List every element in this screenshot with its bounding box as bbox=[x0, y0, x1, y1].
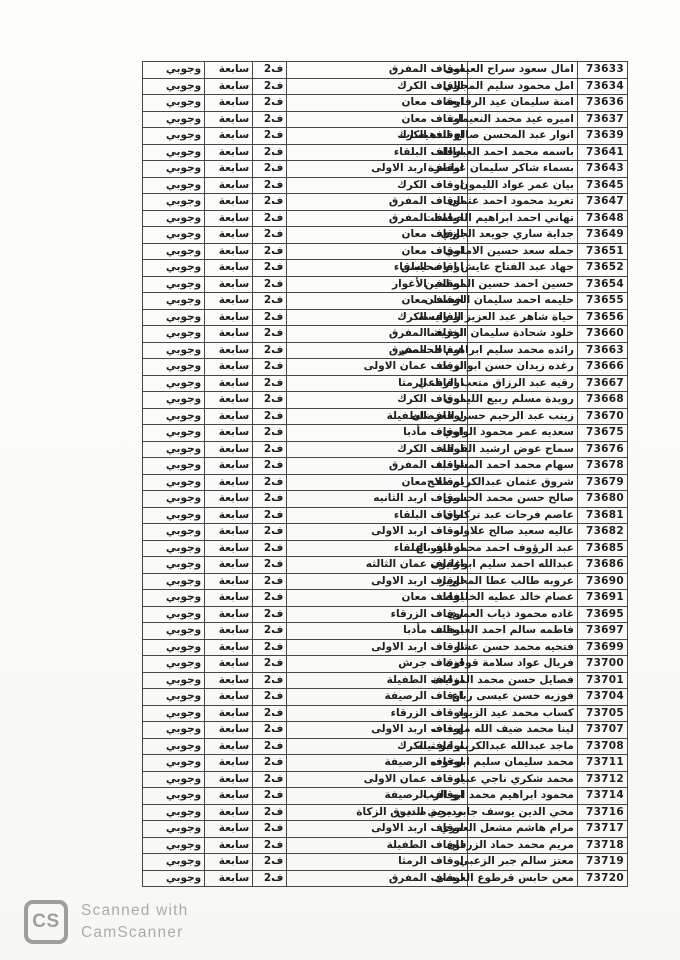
promotion-type-cell: وجوبي bbox=[143, 375, 205, 392]
promotion-type-cell: وجوبي bbox=[143, 441, 205, 458]
directorate-cell: اوقاف اربد الاولى bbox=[287, 722, 467, 739]
category-cell: ف2 bbox=[253, 309, 287, 326]
table-row: 73682 عاليه سعيد صالح علاونه اوقاف اربد … bbox=[143, 524, 628, 541]
directorate-cell: اوقاف اربد الاولى bbox=[287, 524, 467, 541]
directorate-cell: اوقاف مأدبا bbox=[287, 623, 467, 640]
grade-cell: سابعة bbox=[205, 540, 253, 557]
promotion-type-cell: وجوبي bbox=[143, 854, 205, 871]
category-cell: ف2 bbox=[253, 194, 287, 211]
employee-name-cell: محمد شكري ناجي عبيد bbox=[467, 771, 577, 788]
table-row: 73663 رائده محمد سليم ابراهيم الحمصي اوق… bbox=[143, 342, 628, 359]
employee-name-cell: امال سعود سراح العيسى bbox=[467, 62, 577, 79]
employee-name-cell: بسماء شاكر سليمان عياصرة bbox=[467, 161, 577, 178]
table-row: 73675 سعديه عمر محمود الواوي اوقاف مأدبا… bbox=[143, 425, 628, 442]
promotion-type-cell: وجوبي bbox=[143, 210, 205, 227]
table-row: 73717 مرام هاشم مشعل العمري اوقاف اربد ا… bbox=[143, 821, 628, 838]
grade-cell: سابعة bbox=[205, 95, 253, 112]
table-row: 73707 لينا محمد ضيف الله مهيدات اوقاف ار… bbox=[143, 722, 628, 739]
promotion-type-cell: وجوبي bbox=[143, 293, 205, 310]
directorate-cell: اوقاف المفرق bbox=[287, 870, 467, 887]
promotion-type-cell: وجوبي bbox=[143, 672, 205, 689]
employee-number-cell: 73634 bbox=[577, 78, 627, 95]
employee-name-cell: امل محمود سليم المجالي bbox=[467, 78, 577, 95]
employee-name-cell: عبد الرؤوف احمد محمد ابورباع bbox=[467, 540, 577, 557]
watermark-line1: Scanned with bbox=[81, 900, 188, 922]
table-row: 73712 محمد شكري ناجي عبيد اوقاف عمان الا… bbox=[143, 771, 628, 788]
table-row: 73708 ماجد عبدالله عبدالكريم ابو ثيله او… bbox=[143, 738, 628, 755]
table-row: 73660 خلود شحادة سليمان الخريشا اوقاف ال… bbox=[143, 326, 628, 343]
table-row: 73719 معتز سالم جبر الزعبي اوقاف الرمثا … bbox=[143, 854, 628, 871]
category-cell: ف2 bbox=[253, 95, 287, 112]
grade-cell: سابعة bbox=[205, 590, 253, 607]
scanned-page: 73633 امال سعود سراح العيسى اوقاف المفرق… bbox=[0, 0, 680, 960]
directorate-cell: اوقاف عمان الاولى bbox=[287, 771, 467, 788]
grade-cell: سابعة bbox=[205, 837, 253, 854]
grade-cell: سابعة bbox=[205, 227, 253, 244]
table-row: 73701 فصايل حسن محمد المزايدة اوقاف الطف… bbox=[143, 672, 628, 689]
directorate-cell: اوقاف معان bbox=[287, 227, 467, 244]
employee-name-cell: محي الدين يوسف جابر محي الدين bbox=[467, 804, 577, 821]
category-cell: ف2 bbox=[253, 705, 287, 722]
employee-name-cell: جهاد عبد الفتاح عايش ابو محيسن bbox=[467, 260, 577, 277]
employee-name-cell: رويدة مسلم ربيع الليمون bbox=[467, 392, 577, 409]
employee-number-cell: 73695 bbox=[577, 606, 627, 623]
employee-name-cell: فاطمه سالم احمد العبيدات bbox=[467, 623, 577, 640]
promotion-type-cell: وجوبي bbox=[143, 62, 205, 79]
employee-number-cell: 73655 bbox=[577, 293, 627, 310]
category-cell: ف2 bbox=[253, 557, 287, 574]
employee-name-cell: تهاني احمد ابراهيم الحباصات bbox=[467, 210, 577, 227]
table-row: 73678 سهام محمد احمد المشاقبة اوقاف المف… bbox=[143, 458, 628, 475]
promotion-type-cell: وجوبي bbox=[143, 491, 205, 508]
employee-name-cell: سعديه عمر محمود الواوي bbox=[467, 425, 577, 442]
category-cell: ف2 bbox=[253, 639, 287, 656]
directorate-cell: اوقاف معان bbox=[287, 243, 467, 260]
category-cell: ف2 bbox=[253, 854, 287, 871]
category-cell: ف2 bbox=[253, 276, 287, 293]
directorate-cell: اوقاف معان bbox=[287, 293, 467, 310]
promotion-type-cell: وجوبي bbox=[143, 573, 205, 590]
grade-cell: سابعة bbox=[205, 474, 253, 491]
directorate-cell: اوقاف اربد الاولى bbox=[287, 573, 467, 590]
employee-number-cell: 73712 bbox=[577, 771, 627, 788]
employee-number-cell: 73633 bbox=[577, 62, 627, 79]
directorate-cell: اوقاف المفرق bbox=[287, 342, 467, 359]
promotion-type-cell: وجوبي bbox=[143, 722, 205, 739]
category-cell: ف2 bbox=[253, 656, 287, 673]
employee-name-cell: باسمه محمد احمد العبدالله bbox=[467, 144, 577, 161]
employee-name-cell: معن حابس قرطوع العيسى bbox=[467, 870, 577, 887]
employee-number-cell: 73690 bbox=[577, 573, 627, 590]
employee-number-cell: 73651 bbox=[577, 243, 627, 260]
promotion-type-cell: وجوبي bbox=[143, 144, 205, 161]
promotion-type-cell: وجوبي bbox=[143, 111, 205, 128]
directorate-cell: اوقاف الرمثا bbox=[287, 854, 467, 871]
category-cell: ف2 bbox=[253, 722, 287, 739]
directorate-cell: اوقاف اربد الاولى bbox=[287, 161, 467, 178]
employee-number-cell: 73707 bbox=[577, 722, 627, 739]
category-cell: ف2 bbox=[253, 62, 287, 79]
table-row: 73705 كساب محمد عيد الزيود اوقاف الزرقاء… bbox=[143, 705, 628, 722]
category-cell: ف2 bbox=[253, 524, 287, 541]
promotion-type-cell: وجوبي bbox=[143, 276, 205, 293]
grade-cell: سابعة bbox=[205, 326, 253, 343]
employee-number-cell: 73685 bbox=[577, 540, 627, 557]
promotion-type-cell: وجوبي bbox=[143, 128, 205, 145]
table-row: 73676 سماح عوض ارشيد القرالة اوقاف الكرك… bbox=[143, 441, 628, 458]
table-row: 73654 حسين احمد حسين المصلمين اوقاف الأغ… bbox=[143, 276, 628, 293]
directorate-cell: اوقاف المفرق bbox=[287, 210, 467, 227]
grade-cell: سابعة bbox=[205, 606, 253, 623]
employee-number-cell: 73705 bbox=[577, 705, 627, 722]
directorate-cell: اوقاف الأغوار bbox=[287, 276, 467, 293]
grade-cell: سابعة bbox=[205, 342, 253, 359]
employee-name-cell: حياة شاهر عبد العزيز النوايسة bbox=[467, 309, 577, 326]
grade-cell: سابعة bbox=[205, 573, 253, 590]
category-cell: ف2 bbox=[253, 210, 287, 227]
table-row: 73670 زينب عبد الرحيم حسن العرضان اوقاف … bbox=[143, 408, 628, 425]
promotion-type-cell: وجوبي bbox=[143, 342, 205, 359]
grade-cell: سابعة bbox=[205, 78, 253, 95]
employee-name-cell: حسين احمد حسين المصلمين bbox=[467, 276, 577, 293]
promotion-type-cell: وجوبي bbox=[143, 656, 205, 673]
camscanner-logo-text: CS bbox=[32, 911, 59, 933]
table-row: 73695 غاده محمود ذياب العمري اوقاف الزرق… bbox=[143, 606, 628, 623]
grade-cell: سابعة bbox=[205, 177, 253, 194]
promotion-type-cell: وجوبي bbox=[143, 177, 205, 194]
directorate-cell: اوقاف البلقاء bbox=[287, 260, 467, 277]
employee-number-cell: 73643 bbox=[577, 161, 627, 178]
employee-number-cell: 73681 bbox=[577, 507, 627, 524]
directorate-cell: اوقاف الزرقاء bbox=[287, 705, 467, 722]
category-cell: ف2 bbox=[253, 507, 287, 524]
table-row: 73697 فاطمه سالم احمد العبيدات اوقاف مأد… bbox=[143, 623, 628, 640]
promotion-type-cell: وجوبي bbox=[143, 606, 205, 623]
table-row: 73700 فريال عواد سلامة قوقزة اوقاف جرش ف… bbox=[143, 656, 628, 673]
table-row: 73655 حليمه احمد سليمان الخشمان اوقاف مع… bbox=[143, 293, 628, 310]
directorate-cell: اوقاف معان bbox=[287, 111, 467, 128]
employee-number-cell: 73717 bbox=[577, 821, 627, 838]
grade-cell: سابعة bbox=[205, 689, 253, 706]
category-cell: ف2 bbox=[253, 375, 287, 392]
directorate-cell: اوقاف المفرق bbox=[287, 458, 467, 475]
directorate-cell: اوقاف البلقاء bbox=[287, 507, 467, 524]
watermark-text: Scanned with CamScanner bbox=[81, 900, 188, 944]
table-row: 73656 حياة شاهر عبد العزيز النوايسة اوقا… bbox=[143, 309, 628, 326]
employee-number-cell: 73680 bbox=[577, 491, 627, 508]
category-cell: ف2 bbox=[253, 821, 287, 838]
employee-number-cell: 73719 bbox=[577, 854, 627, 871]
table-row: 73652 جهاد عبد الفتاح عايش ابو محيسن اوق… bbox=[143, 260, 628, 277]
grade-cell: سابعة bbox=[205, 260, 253, 277]
promotion-type-cell: وجوبي bbox=[143, 507, 205, 524]
category-cell: ف2 bbox=[253, 672, 287, 689]
category-cell: ف2 bbox=[253, 392, 287, 409]
grade-cell: سابعة bbox=[205, 491, 253, 508]
promotion-type-cell: وجوبي bbox=[143, 194, 205, 211]
directorate-cell: اوقاف الكرك bbox=[287, 441, 467, 458]
category-cell: ف2 bbox=[253, 606, 287, 623]
table-row: 73636 امنة سليمان عيد الرفايعة اوقاف معا… bbox=[143, 95, 628, 112]
employee-name-cell: لينا محمد ضيف الله مهيدات bbox=[467, 722, 577, 739]
directorate-cell: اوقاف المفرق bbox=[287, 62, 467, 79]
grade-cell: سابعة bbox=[205, 128, 253, 145]
promotion-type-cell: وجوبي bbox=[143, 227, 205, 244]
employee-number-cell: 73641 bbox=[577, 144, 627, 161]
employee-name-cell: محمود ابراهيم محمد ابو الرب bbox=[467, 788, 577, 805]
directorate-cell: اوقاف اربد الاولى bbox=[287, 821, 467, 838]
grade-cell: سابعة bbox=[205, 276, 253, 293]
employee-number-cell: 73679 bbox=[577, 474, 627, 491]
employee-name-cell: عروبه طالب عطا المخاريز bbox=[467, 573, 577, 590]
promotion-type-cell: وجوبي bbox=[143, 161, 205, 178]
promotion-type-cell: وجوبي bbox=[143, 689, 205, 706]
grade-cell: سابعة bbox=[205, 557, 253, 574]
grade-cell: سابعة bbox=[205, 161, 253, 178]
table-row: 73714 محمود ابراهيم محمد ابو الرب اوقاف … bbox=[143, 788, 628, 805]
category-cell: ف2 bbox=[253, 359, 287, 376]
employee-number-cell: 73639 bbox=[577, 128, 627, 145]
table-row: 73668 رويدة مسلم ربيع الليمون اوقاف الكر… bbox=[143, 392, 628, 409]
promotion-type-cell: وجوبي bbox=[143, 771, 205, 788]
table-row: 73679 شروق عثمان عبدالكريم ملاح اوقاف مع… bbox=[143, 474, 628, 491]
grade-cell: سابعة bbox=[205, 62, 253, 79]
promotion-type-cell: وجوبي bbox=[143, 524, 205, 541]
grade-cell: سابعة bbox=[205, 293, 253, 310]
directorate-cell: اوقاف الكرك bbox=[287, 392, 467, 409]
camscanner-watermark: CS Scanned with CamScanner bbox=[24, 900, 188, 944]
promotion-type-cell: وجوبي bbox=[143, 557, 205, 574]
employee-name-cell: مرام هاشم مشعل العمري bbox=[467, 821, 577, 838]
grade-cell: سابعة bbox=[205, 243, 253, 260]
category-cell: ف2 bbox=[253, 540, 287, 557]
grade-cell: سابعة bbox=[205, 738, 253, 755]
directorate-cell: اوقاف الطفيلة bbox=[287, 837, 467, 854]
category-cell: ف2 bbox=[253, 342, 287, 359]
grade-cell: سابعة bbox=[205, 788, 253, 805]
grade-cell: سابعة bbox=[205, 375, 253, 392]
employee-name-cell: حليمه احمد سليمان الخشمان bbox=[467, 293, 577, 310]
table-row: 73685 عبد الرؤوف احمد محمد ابورباع اوقاف… bbox=[143, 540, 628, 557]
category-cell: ف2 bbox=[253, 623, 287, 640]
table-row: 73667 رقيه عبد الرزاق متعب الرباعي اوقاف… bbox=[143, 375, 628, 392]
promotion-type-cell: وجوبي bbox=[143, 738, 205, 755]
grade-cell: سابعة bbox=[205, 359, 253, 376]
employee-name-cell: خلود شحادة سليمان الخريشا bbox=[467, 326, 577, 343]
employee-name-cell: جداية ساري جويعد الجازي bbox=[467, 227, 577, 244]
table-row: 73716 محي الدين يوسف جابر محي الدين مدير… bbox=[143, 804, 628, 821]
employee-number-cell: 73636 bbox=[577, 95, 627, 112]
employee-number-cell: 73660 bbox=[577, 326, 627, 343]
employee-name-cell: انوار عبد المحسن صالح الدهيسات bbox=[467, 128, 577, 145]
employee-name-cell: محمد سليمان سليم ابوعوده bbox=[467, 755, 577, 772]
category-cell: ف2 bbox=[253, 161, 287, 178]
directorate-cell: اوقاف اربد الاولى bbox=[287, 639, 467, 656]
employee-name-cell: شروق عثمان عبدالكريم ملاح bbox=[467, 474, 577, 491]
category-cell: ف2 bbox=[253, 78, 287, 95]
directorate-cell: اوقاف معان bbox=[287, 474, 467, 491]
category-cell: ف2 bbox=[253, 144, 287, 161]
category-cell: ف2 bbox=[253, 458, 287, 475]
table-row: 73647 تغريد محمود احمد عثمان اوقاف المفر… bbox=[143, 194, 628, 211]
promotion-type-cell: وجوبي bbox=[143, 243, 205, 260]
table-row: 73649 جداية ساري جويعد الجازي اوقاف معان… bbox=[143, 227, 628, 244]
table-row: 73711 محمد سليمان سليم ابوعوده اوقاف الر… bbox=[143, 755, 628, 772]
employee-name-cell: صالح حسن محمد الحسين bbox=[467, 491, 577, 508]
category-cell: ف2 bbox=[253, 870, 287, 887]
promotion-type-cell: وجوبي bbox=[143, 788, 205, 805]
employee-number-cell: 73708 bbox=[577, 738, 627, 755]
promotion-type-cell: وجوبي bbox=[143, 425, 205, 442]
employee-number-cell: 73701 bbox=[577, 672, 627, 689]
table-row: 73690 عروبه طالب عطا المخاريز اوقاف اربد… bbox=[143, 573, 628, 590]
employee-number-cell: 73648 bbox=[577, 210, 627, 227]
directorate-cell: اوقاف عمان الاولى bbox=[287, 359, 467, 376]
camscanner-logo-icon: CS bbox=[24, 900, 68, 944]
promotion-type-cell: وجوبي bbox=[143, 804, 205, 821]
promotion-type-cell: وجوبي bbox=[143, 837, 205, 854]
table-row: 73633 امال سعود سراح العيسى اوقاف المفرق… bbox=[143, 62, 628, 79]
promotion-type-cell: وجوبي bbox=[143, 309, 205, 326]
grade-cell: سابعة bbox=[205, 656, 253, 673]
grade-cell: سابعة bbox=[205, 705, 253, 722]
directorate-cell: اوقاف المفرق bbox=[287, 326, 467, 343]
employee-number-cell: 73704 bbox=[577, 689, 627, 706]
table-row: 73641 باسمه محمد احمد العبدالله اوقاف ال… bbox=[143, 144, 628, 161]
employee-number-cell: 73667 bbox=[577, 375, 627, 392]
category-cell: ف2 bbox=[253, 326, 287, 343]
category-cell: ف2 bbox=[253, 788, 287, 805]
employee-name-cell: فريال عواد سلامة قوقزة bbox=[467, 656, 577, 673]
promotion-type-cell: وجوبي bbox=[143, 326, 205, 343]
employee-number-cell: 73637 bbox=[577, 111, 627, 128]
employee-name-cell: بيان عمر عواد الليمون bbox=[467, 177, 577, 194]
category-cell: ف2 bbox=[253, 474, 287, 491]
directorate-cell: اوقاف عمان الثالثه bbox=[287, 557, 467, 574]
employee-number-cell: 73654 bbox=[577, 276, 627, 293]
grade-cell: سابعة bbox=[205, 111, 253, 128]
promotion-type-cell: وجوبي bbox=[143, 78, 205, 95]
category-cell: ف2 bbox=[253, 260, 287, 277]
employee-number-cell: 73697 bbox=[577, 623, 627, 640]
grade-cell: سابعة bbox=[205, 441, 253, 458]
grade-cell: سابعة bbox=[205, 870, 253, 887]
grade-cell: سابعة bbox=[205, 392, 253, 409]
table-row: 73645 بيان عمر عواد الليمون اوقاف الكرك … bbox=[143, 177, 628, 194]
directorate-cell: اوقاف الكرك bbox=[287, 309, 467, 326]
employee-number-cell: 73718 bbox=[577, 837, 627, 854]
employee-number-cell: 73676 bbox=[577, 441, 627, 458]
grade-cell: سابعة bbox=[205, 458, 253, 475]
employee-name-cell: عاصم فرحات عبد تركمان bbox=[467, 507, 577, 524]
employee-name-cell: كساب محمد عيد الزيود bbox=[467, 705, 577, 722]
grade-cell: سابعة bbox=[205, 194, 253, 211]
directorate-cell: اوقاف جرش bbox=[287, 656, 467, 673]
employee-name-cell: امنة سليمان عيد الرفايعة bbox=[467, 95, 577, 112]
employee-number-cell: 73711 bbox=[577, 755, 627, 772]
directorate-cell: اوقاف الكرك bbox=[287, 128, 467, 145]
directorate-cell: اوقاف اربد الثانيه bbox=[287, 491, 467, 508]
table-row: 73643 بسماء شاكر سليمان عياصرة اوقاف ارب… bbox=[143, 161, 628, 178]
directorate-cell: مديرية صندوق الزكاة bbox=[287, 804, 467, 821]
employee-name-cell: جمله سعد حسين الامامي bbox=[467, 243, 577, 260]
employee-name-cell: رغده زيدان حسن ابوالزيت bbox=[467, 359, 577, 376]
employee-number-cell: 73686 bbox=[577, 557, 627, 574]
employee-name-cell: غاده محمود ذياب العمري bbox=[467, 606, 577, 623]
table-row: 73704 فوزيه حسن عيسى رباع اوقاف الرصيفة … bbox=[143, 689, 628, 706]
grade-cell: سابعة bbox=[205, 804, 253, 821]
employee-number-cell: 73645 bbox=[577, 177, 627, 194]
table-row: 73648 تهاني احمد ابراهيم الحباصات اوقاف … bbox=[143, 210, 628, 227]
directorate-cell: اوقاف الرصيفة bbox=[287, 788, 467, 805]
employee-number-cell: 73682 bbox=[577, 524, 627, 541]
employee-number-cell: 73716 bbox=[577, 804, 627, 821]
category-cell: ف2 bbox=[253, 425, 287, 442]
employee-number-cell: 73700 bbox=[577, 656, 627, 673]
category-cell: ف2 bbox=[253, 111, 287, 128]
promotion-type-cell: وجوبي bbox=[143, 408, 205, 425]
employee-name-cell: فوزيه حسن عيسى رباع bbox=[467, 689, 577, 706]
promotion-type-cell: وجوبي bbox=[143, 260, 205, 277]
table-row: 73666 رغده زيدان حسن ابوالزيت اوقاف عمان… bbox=[143, 359, 628, 376]
employee-name-cell: رقيه عبد الرزاق متعب الرباعي bbox=[467, 375, 577, 392]
employee-number-cell: 73678 bbox=[577, 458, 627, 475]
employee-name-cell: سماح عوض ارشيد القرالة bbox=[467, 441, 577, 458]
promotion-type-cell: وجوبي bbox=[143, 639, 205, 656]
grade-cell: سابعة bbox=[205, 425, 253, 442]
promotion-type-cell: وجوبي bbox=[143, 821, 205, 838]
grade-cell: سابعة bbox=[205, 755, 253, 772]
category-cell: ف2 bbox=[253, 227, 287, 244]
category-cell: ف2 bbox=[253, 441, 287, 458]
employee-number-cell: 73670 bbox=[577, 408, 627, 425]
grade-cell: سابعة bbox=[205, 524, 253, 541]
grade-cell: سابعة bbox=[205, 210, 253, 227]
directorate-cell: اوقاف مأدبا bbox=[287, 425, 467, 442]
table-row: 73634 امل محمود سليم المجالي اوقاف الكرك… bbox=[143, 78, 628, 95]
employee-name-cell: معتز سالم جبر الزعبي bbox=[467, 854, 577, 871]
category-cell: ف2 bbox=[253, 573, 287, 590]
directorate-cell: اوقاف الرمثا bbox=[287, 375, 467, 392]
table-row: 73637 اميره عيد محمد النعيمات اوقاف معان… bbox=[143, 111, 628, 128]
promotion-type-cell: وجوبي bbox=[143, 755, 205, 772]
grade-cell: سابعة bbox=[205, 507, 253, 524]
promotion-type-cell: وجوبي bbox=[143, 623, 205, 640]
table-row: 73686 عبدالله احمد سليم ابوغليون اوقاف ع… bbox=[143, 557, 628, 574]
employee-name-cell: ماجد عبدالله عبدالكريم ابو ثيله bbox=[467, 738, 577, 755]
employee-number-cell: 73668 bbox=[577, 392, 627, 409]
table-row: 73691 عصام خالد عطيه الخليفات اوقاف معان… bbox=[143, 590, 628, 607]
employee-number-cell: 73675 bbox=[577, 425, 627, 442]
directorate-cell: اوقاف الكرك bbox=[287, 177, 467, 194]
promotion-type-cell: وجوبي bbox=[143, 705, 205, 722]
directorate-cell: اوقاف معان bbox=[287, 95, 467, 112]
category-cell: ف2 bbox=[253, 738, 287, 755]
employee-number-cell: 73699 bbox=[577, 639, 627, 656]
grade-cell: سابعة bbox=[205, 672, 253, 689]
promotion-type-cell: وجوبي bbox=[143, 474, 205, 491]
employee-name-cell: تغريد محمود احمد عثمان bbox=[467, 194, 577, 211]
directorate-cell: اوقاف الكرك bbox=[287, 738, 467, 755]
grade-cell: سابعة bbox=[205, 771, 253, 788]
roster-table-body: 73633 امال سعود سراح العيسى اوقاف المفرق… bbox=[143, 62, 628, 887]
promotion-type-cell: وجوبي bbox=[143, 359, 205, 376]
employee-name-cell: عاليه سعيد صالح علاونه bbox=[467, 524, 577, 541]
employee-name-cell: سهام محمد احمد المشاقبة bbox=[467, 458, 577, 475]
promotion-type-cell: وجوبي bbox=[143, 95, 205, 112]
promotion-type-cell: وجوبي bbox=[143, 540, 205, 557]
directorate-cell: اوقاف الرصيفة bbox=[287, 689, 467, 706]
